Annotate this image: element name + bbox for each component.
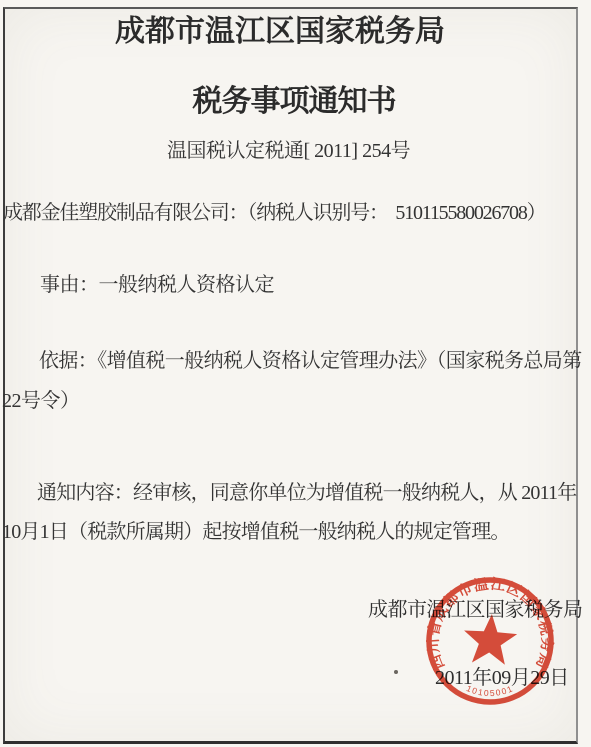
notice-content-line-2: 10月1日（税款所属期）起按增值税一般纳税人的规定管理。 [2, 520, 510, 545]
scan-ink-speck [394, 670, 398, 674]
document-number: 温国税认定税通[ 2011] 254号 [167, 139, 410, 164]
basis-paragraph-line-2: 22号令） [2, 389, 80, 414]
scanned-tax-notice-page: 成都市温江区国家税务局 税务事项通知书 温国税认定税通[ 2011] 254号 … [0, 0, 591, 747]
seal-star-icon [462, 612, 519, 665]
document-title: 税务事项通知书 [0, 83, 588, 121]
notice-content-line-1: 通知内容：经审核，同意你单位为增值税一般纳税人，从 2011年 [37, 481, 576, 506]
subject-line: 事由：一般纳税人资格认定 [40, 273, 274, 298]
issuing-agency-header: 成都市温江区国家税务局 [0, 13, 560, 51]
basis-paragraph-line-1: 依据：《增值税一般纳税人资格认定管理办法》（国家税务总局第 [39, 349, 582, 374]
official-red-seal: 四川省成都市温江区国家税务局 5101050019 [420, 571, 560, 711]
recipient-line: 成都金佳塑胶制品有限公司：（纳税人识别号： 510115580026708） [3, 201, 545, 226]
